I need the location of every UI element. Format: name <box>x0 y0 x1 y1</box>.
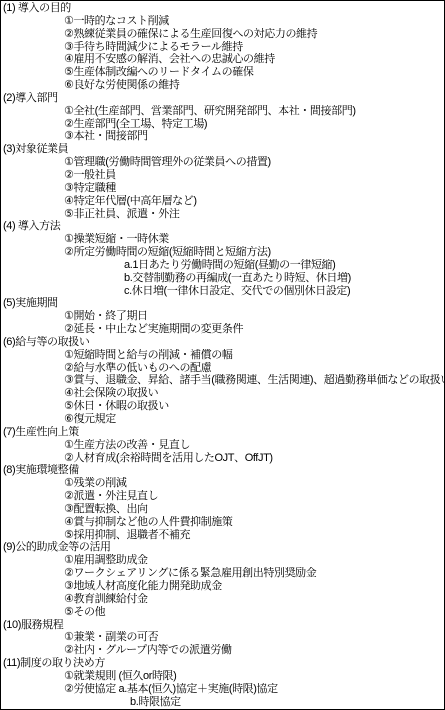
list-item: ②一般社員 <box>1 169 444 182</box>
section-heading: (6)給与等の取扱い <box>1 336 444 349</box>
sub-list-item: b.交替制勤務の再編成(一直あたり時短、休日増) <box>1 272 444 285</box>
list-item: ②所定労働時間の短縮(短縮時間と短縮方法) <box>1 246 444 259</box>
list-item: ①管理職(労働時間管理外の従業員への措置) <box>1 156 444 169</box>
list-item: ①操業短縮・一時休業 <box>1 233 444 246</box>
sub-list-item: b.時限協定 <box>1 696 444 709</box>
list-item: ⑥良好な労使関係の維持 <box>1 79 444 92</box>
list-item: ①残業の削減 <box>1 477 444 490</box>
sub-list-item: a.1日あたり労働時間の短縮(昼勤の一律短縮) <box>1 259 444 272</box>
section-heading: (5)実施期間 <box>1 297 444 310</box>
list-item: ④雇用不安感の解消、会社への忠誠心の維持 <box>1 53 444 66</box>
list-item: ②給与水準の低いものへの配慮 <box>1 362 444 375</box>
list-item: ②ワークシェアリングに係る緊急雇用創出特別奨励金 <box>1 567 444 580</box>
list-item: ③配置転換、出向 <box>1 503 444 516</box>
list-item: ②延長・中止など実施期間の変更条件 <box>1 323 444 336</box>
list-item: ①兼業・副業の可否 <box>1 631 444 644</box>
list-item: ③地域人材高度化能力開発助成金 <box>1 580 444 593</box>
list-item: ①短縮時間と給与の削減・補償の幅 <box>1 349 444 362</box>
list-item: ③本社・間接部門 <box>1 130 444 143</box>
section-heading: (1) 導入の目的 <box>1 2 444 15</box>
list-item: ①開始・終了期日 <box>1 310 444 323</box>
list-item: ①就業規則 (恒久or時限) <box>1 670 444 683</box>
section-heading: (11)制度の取り決め方 <box>1 657 444 670</box>
section-heading: (2)導入部門 <box>1 92 444 105</box>
list-item: ④社会保険の取扱い <box>1 387 444 400</box>
list-item: ①生産方法の改善・見直し <box>1 439 444 452</box>
list-item: ③手待ち時間減少によるモラール維持 <box>1 41 444 54</box>
list-item: ①雇用調整助成金 <box>1 554 444 567</box>
list-item: ④教育訓練給付金 <box>1 593 444 606</box>
section-heading: (7)生産性向上策 <box>1 426 444 439</box>
list-item: ①全社(生産部門、営業部門、研究開発部門、本社・間接部門) <box>1 105 444 118</box>
list-item: ②派遣・外注見直し <box>1 490 444 503</box>
list-item: ②熟練従業員の確保による生産回復への対応力の維持 <box>1 28 444 41</box>
list-item: ①一時的なコスト削減 <box>1 15 444 28</box>
list-item: ②社内・グループ内等での派遣労働 <box>1 644 444 657</box>
list-item: ④特定年代層(中高年層など) <box>1 195 444 208</box>
list-item: ③特定職種 <box>1 182 444 195</box>
list-item: ⑤非正社員、派遣・外注 <box>1 208 444 221</box>
section-heading: (10)服務規程 <box>1 619 444 632</box>
list-item: ⑥復元規定 <box>1 413 444 426</box>
list-item: ③賞与、退職金、昇給、諸手当(職務関連、生活関連)、超過勤務単価などの取扱い <box>1 374 444 387</box>
section-heading: (4) 導入方法 <box>1 220 444 233</box>
list-item: ②労使協定 a.基本(恒久)協定＋実施(時限)協定 <box>1 683 444 696</box>
section-heading: (3)対象従業員 <box>1 143 444 156</box>
document-body: (1) 導入の目的①一時的なコスト削減②熟練従業員の確保による生産回復への対応力… <box>1 2 444 708</box>
list-item: ②人材育成(余裕時間を活用したOJT、OffJT) <box>1 452 444 465</box>
list-item: ②生産部門(全工場、特定工場) <box>1 118 444 131</box>
section-heading: (9)公的助成金等の活用 <box>1 541 444 554</box>
section-heading: (8)実施環境整備 <box>1 464 444 477</box>
list-item: ⑤採用抑制、退職者不補充 <box>1 529 444 542</box>
list-item: ④賞与抑制など他の人件費抑制施策 <box>1 516 444 529</box>
sub-list-item: c.休日増(一律休日設定、交代での個別休日設定) <box>1 285 444 298</box>
list-item: ⑤生産体制改編へのリードタイムの確保 <box>1 66 444 79</box>
outline-document: (1) 導入の目的①一時的なコスト削減②熟練従業員の確保による生産回復への対応力… <box>0 0 445 710</box>
list-item: ⑤休日・休暇の取扱い <box>1 400 444 413</box>
list-item: ⑤その他 <box>1 606 444 619</box>
